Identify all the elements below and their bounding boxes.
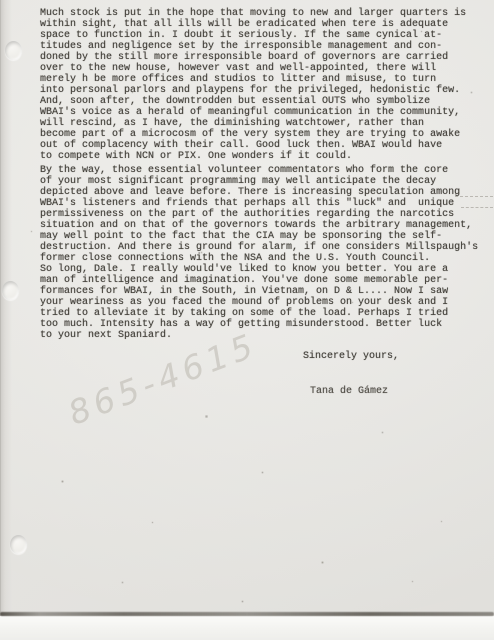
faint-underscore — [455, 196, 493, 197]
closing-line: Sincerely yours, — [303, 351, 399, 362]
scanner-background — [0, 616, 494, 640]
page-bottom-edge — [0, 612, 494, 616]
punch-hole — [2, 281, 19, 300]
dust-specks — [0, 0, 1, 1]
letter-paragraph-2: By the way, those essential volunteer co… — [40, 165, 478, 264]
letter-paragraph-1: Much stock is put in the hope that movin… — [40, 8, 466, 162]
scanned-letter: Much stock is put in the hope that movin… — [0, 0, 494, 640]
punch-hole — [10, 535, 27, 554]
pencil-note: 865-4615 — [63, 325, 263, 433]
punch-hole — [5, 41, 22, 60]
typed-signature: Tana de Gámez — [310, 386, 388, 397]
letter-page: Much stock is put in the hope that movin… — [0, 0, 494, 616]
faint-underscore — [461, 207, 493, 208]
page-left-edge — [0, 0, 12, 616]
